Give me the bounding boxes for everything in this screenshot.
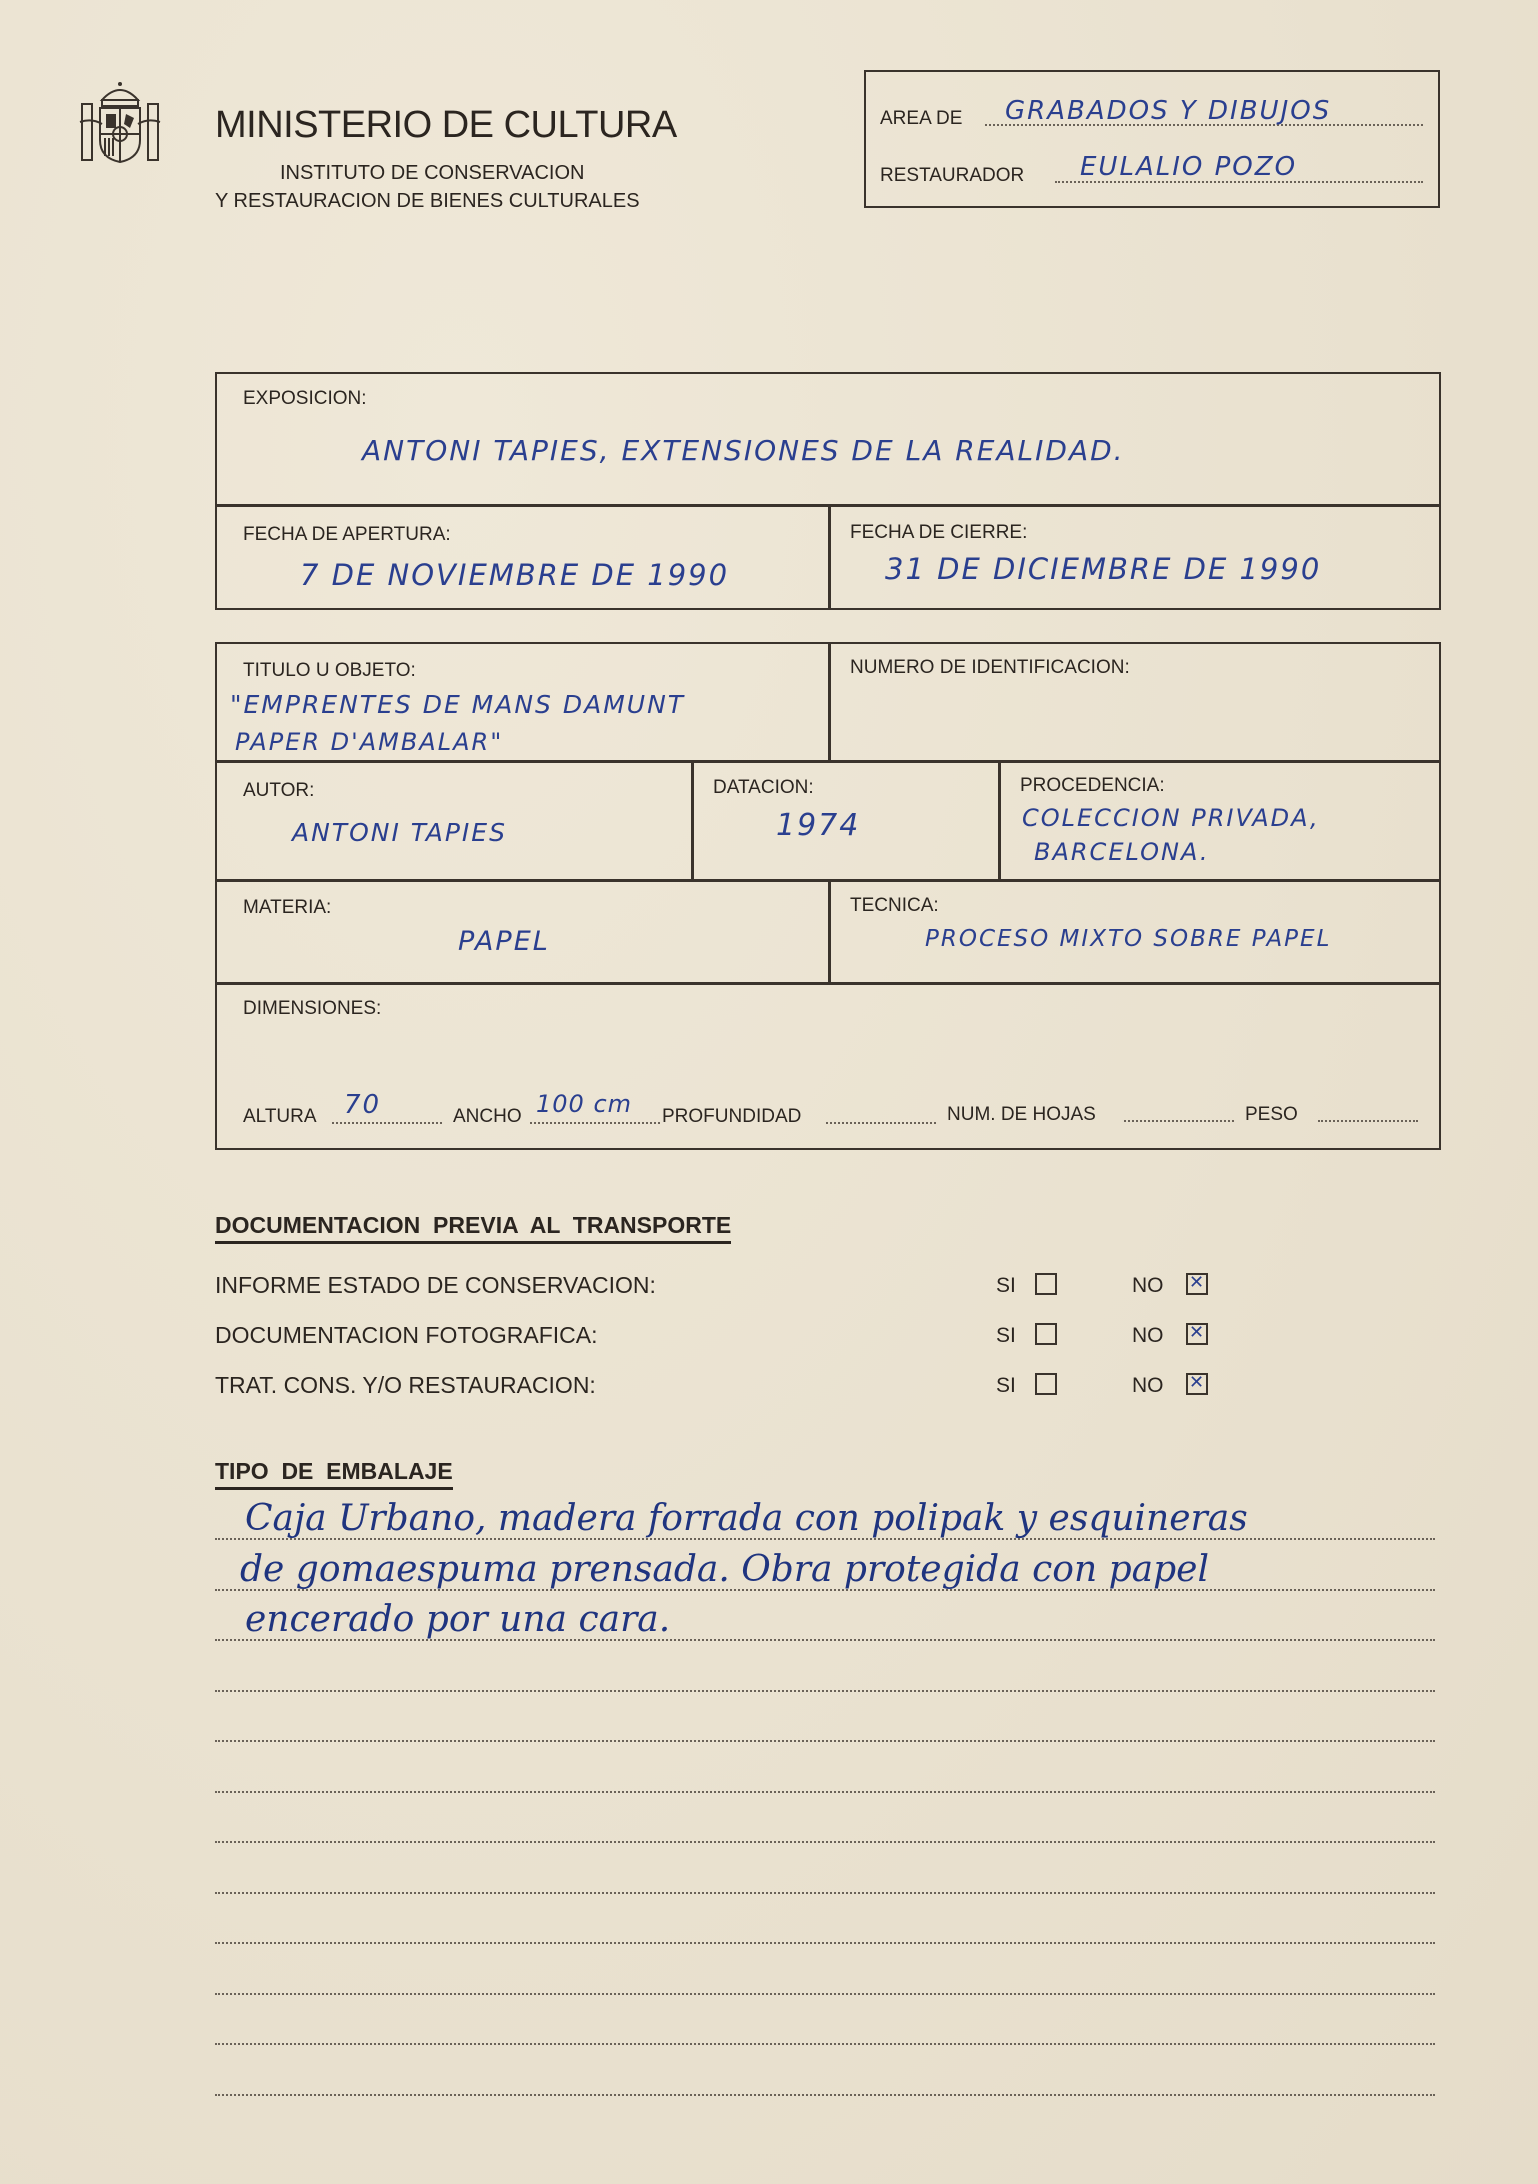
embalaje-text-line[interactable]: de gomaespuma prensada. Obra protegida c… <box>240 1549 1209 1590</box>
embalaje-ruled-line <box>215 1740 1435 1742</box>
doc-row-label: TRAT. CONS. Y/O RESTAURACION: <box>215 1372 596 1399</box>
peso-label: PESO <box>1245 1104 1298 1126</box>
si-checkbox[interactable] <box>1035 1323 1057 1345</box>
fecha-cierre-field[interactable]: 31 DE DICIEMBRE DE 1990 <box>885 552 1321 586</box>
fecha-apertura-field[interactable]: 7 DE NOVIEMBRE DE 1990 <box>300 558 729 592</box>
no-label: NO <box>1132 1274 1164 1298</box>
area-box <box>864 70 1440 208</box>
num-hojas-field[interactable] <box>1124 1120 1234 1122</box>
titulo-field-line-1[interactable]: "EMPRENTES DE MANS DAMUNT <box>230 690 685 719</box>
embalaje-ruled-line <box>215 1841 1435 1843</box>
no-checkbox[interactable]: ✕ <box>1186 1373 1208 1395</box>
titulo-label: TITULO U OBJETO: <box>243 660 416 682</box>
divider <box>828 504 831 608</box>
area-label: AREA DE <box>880 108 962 130</box>
materia-field[interactable]: PAPEL <box>458 926 550 957</box>
procedencia-label: PROCEDENCIA: <box>1020 775 1165 797</box>
embalaje-ruled-line <box>215 1791 1435 1793</box>
no-checkbox[interactable]: ✕ <box>1186 1273 1208 1295</box>
restaurador-label: RESTAURADOR <box>880 165 1024 187</box>
embalaje-ruled-line <box>215 2094 1435 2096</box>
check-mark-icon: ✕ <box>1189 1322 1204 1343</box>
no-checkbox[interactable]: ✕ <box>1186 1323 1208 1345</box>
embalaje-ruled-line <box>215 1993 1435 1995</box>
divider <box>828 879 831 983</box>
si-label: SI <box>996 1374 1016 1398</box>
si-checkbox[interactable] <box>1035 1273 1057 1295</box>
institute-line-2: Y RESTAURACION DE BIENES CULTURALES <box>215 190 640 213</box>
divider <box>998 760 1001 880</box>
altura-field[interactable]: 70 <box>344 1090 381 1120</box>
profundidad-label: PROFUNDIDAD <box>662 1106 801 1128</box>
ancho-label: ANCHO <box>453 1106 522 1128</box>
si-checkbox[interactable] <box>1035 1373 1057 1395</box>
emblem <box>78 78 162 166</box>
datacion-field[interactable]: 1974 <box>776 808 860 843</box>
tecnica-label: TECNICA: <box>850 895 939 917</box>
numero-identificacion-label: NUMERO DE IDENTIFICACION: <box>850 657 1130 679</box>
autor-field[interactable]: ANTONI TAPIES <box>292 818 507 847</box>
ministry-title: MINISTERIO DE CULTURA <box>215 104 677 147</box>
divider <box>828 642 831 762</box>
exposicion-field[interactable]: ANTONI TAPIES, EXTENSIONES DE LA REALIDA… <box>362 434 1125 467</box>
embalaje-ruled-line <box>215 2043 1435 2045</box>
procedencia-field-line-1[interactable]: COLECCION PRIVADA, <box>1022 804 1320 832</box>
altura-field-line <box>332 1122 442 1124</box>
area-field[interactable]: GRABADOS Y DIBUJOS <box>1005 96 1331 126</box>
tecnica-field[interactable]: PROCESO MIXTO SOBRE PAPEL <box>925 926 1331 952</box>
no-label: NO <box>1132 1324 1164 1348</box>
num-hojas-label: NUM. DE HOJAS <box>947 1104 1096 1126</box>
ancho-field-line <box>530 1122 660 1124</box>
procedencia-field-line-2[interactable]: BARCELONA. <box>1034 838 1209 866</box>
institute-line-1: INSTITUTO DE CONSERVACION <box>280 162 584 185</box>
si-label: SI <box>996 1324 1016 1348</box>
divider <box>691 760 694 880</box>
exposicion-label: EXPOSICION: <box>243 388 367 410</box>
materia-label: MATERIA: <box>243 897 331 919</box>
peso-field[interactable] <box>1318 1120 1418 1122</box>
dimensiones-label: DIMENSIONES: <box>243 998 381 1020</box>
check-mark-icon: ✕ <box>1189 1372 1204 1393</box>
check-mark-icon: ✕ <box>1189 1272 1204 1293</box>
embalaje-title: TIPO DE EMBALAJE <box>215 1458 453 1490</box>
si-label: SI <box>996 1274 1016 1298</box>
embalaje-text-line[interactable]: encerado por una cara. <box>245 1599 670 1640</box>
doc-row-label: DOCUMENTACION FOTOGRAFICA: <box>215 1322 598 1349</box>
fecha-apertura-label: FECHA DE APERTURA: <box>243 524 451 546</box>
altura-label: ALTURA <box>243 1106 317 1128</box>
spain-coat-of-arms-icon <box>78 78 162 166</box>
fecha-cierre-label: FECHA DE CIERRE: <box>850 522 1027 544</box>
restaurador-field[interactable]: EULALIO POZO <box>1080 152 1297 182</box>
embalaje-ruled-line <box>215 1690 1435 1692</box>
profundidad-field[interactable] <box>826 1122 936 1124</box>
autor-label: AUTOR: <box>243 780 314 802</box>
embalaje-text-line[interactable]: Caja Urbano, madera forrada con polipak … <box>245 1498 1248 1539</box>
no-label: NO <box>1132 1374 1164 1398</box>
titulo-field-line-2[interactable]: PAPER D'AMBALAR" <box>235 728 503 756</box>
embalaje-ruled-line <box>215 1942 1435 1944</box>
datacion-label: DATACION: <box>713 777 814 799</box>
documentacion-title: DOCUMENTACION PREVIA AL TRANSPORTE <box>215 1212 731 1244</box>
doc-row-label: INFORME ESTADO DE CONSERVACION: <box>215 1272 656 1299</box>
embalaje-ruled-line <box>215 1892 1435 1894</box>
ancho-field[interactable]: 100 cm <box>536 1090 632 1118</box>
